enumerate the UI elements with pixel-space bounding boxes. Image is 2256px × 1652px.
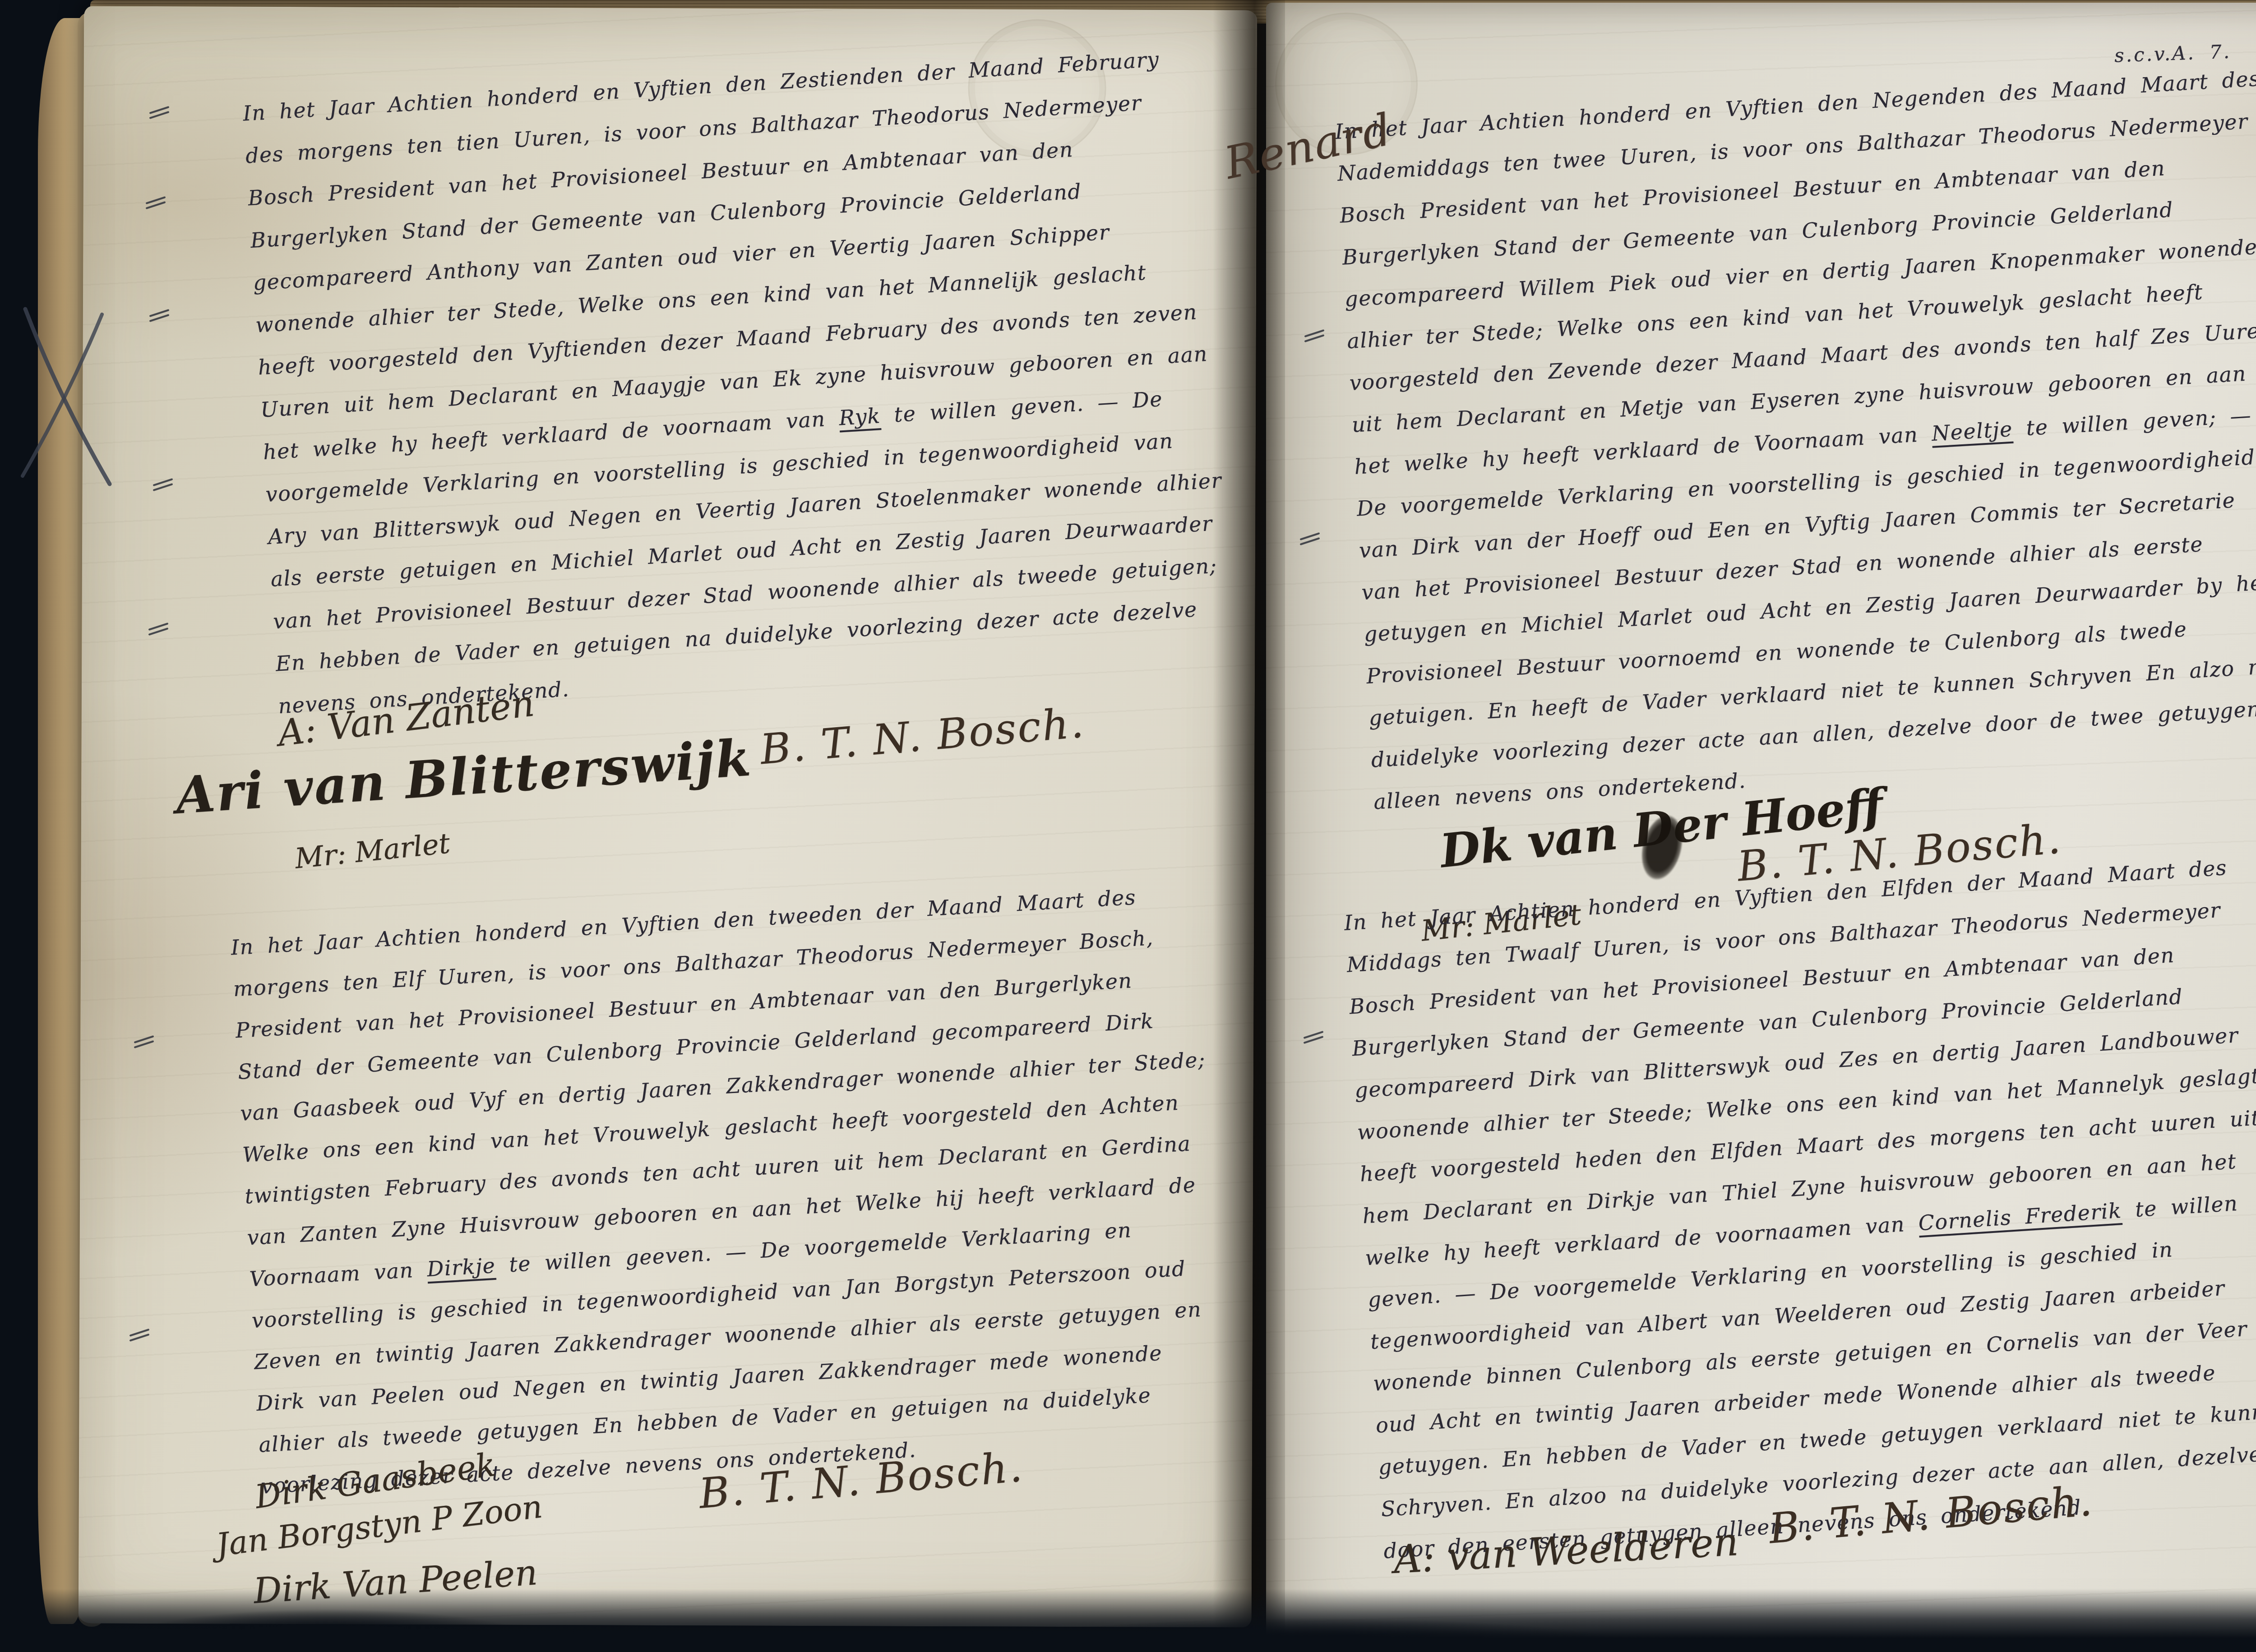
birth-act-cornelis-frederik-blitterswyk: In het Jaar Achtien honderd en Vyftien d… <box>1343 844 2256 1572</box>
margin-double-dash-mark <box>145 198 166 208</box>
birth-act-ryk-van-zanten: In het Jaar Achtien honderd en Vyftien d… <box>242 35 1239 727</box>
margin-double-dash-mark <box>148 625 169 635</box>
given-name-underlined: Dirkje <box>426 1253 496 1281</box>
signature-witness-van-peelen: Dirk Van Peelen <box>252 1552 539 1612</box>
margin-double-dash-mark <box>1299 535 1320 545</box>
margin-double-dash-mark <box>149 108 170 118</box>
margin-double-dash-mark <box>134 1038 154 1047</box>
signature-witness-blitterswijk: Ari van Blitterswijk <box>174 728 754 825</box>
signature-official-bosch: B. T. N. Bosch. <box>758 698 1086 774</box>
given-name-underlined: Neeltje <box>1931 417 2013 446</box>
birth-act-dirkje-gaasbeek: In het Jaar Achtien honderd en Vyftien d… <box>230 873 1231 1507</box>
signature-witness-marlet: Mr: Marlet <box>293 826 452 875</box>
right-page: s.c.v.A. 7. In het Jaar Achtien honderd … <box>1266 3 2256 1645</box>
birth-act-neeltje-piek: In het Jaar Achtien honderd en Vyftien d… <box>1334 57 2256 823</box>
margin-x-cross-mark <box>17 295 121 494</box>
margin-double-dash-mark <box>129 1331 150 1341</box>
register-book-scan: { "marginalia": { "corner_mark": "s.c.v.… <box>0 0 2256 1652</box>
margin-double-dash-mark <box>149 311 170 321</box>
margin-double-dash-mark <box>153 480 173 490</box>
margin-double-dash-mark <box>1304 332 1325 341</box>
margin-double-dash-mark <box>1303 1033 1324 1043</box>
given-name-underlined: Cornelis Frederik <box>1918 1198 2122 1235</box>
left-page: In het Jaar Achtien honderd en Vyftien d… <box>79 6 1257 1627</box>
given-name-underlined: Ryk <box>838 403 881 430</box>
